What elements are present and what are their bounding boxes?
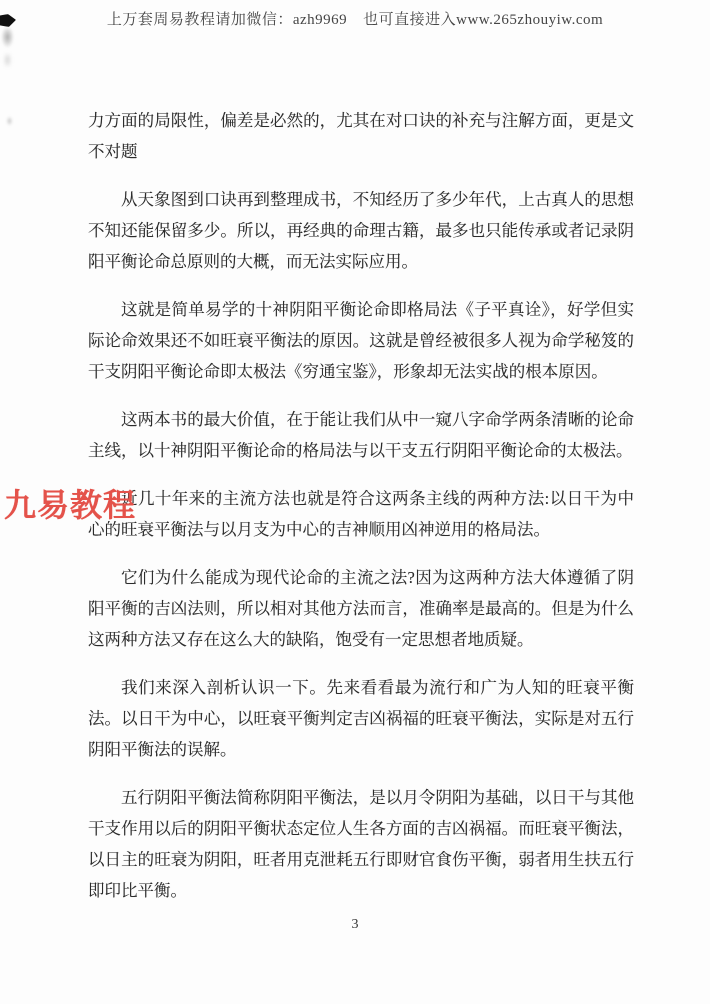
scan-smudge <box>1 26 14 48</box>
scan-speck <box>6 116 13 126</box>
body-paragraph: 这两本书的最大价值，在于能让我们从中一窥八字命学两条清晰的论命主线，以十神阴阳平… <box>88 404 634 466</box>
body-paragraph: 五行阴阳平衡法简称阴阳平衡法，是以月令阴阳为基础，以日干与其他干支作用以后的阴阳… <box>88 782 634 906</box>
header-promo-line: 上万套周易教程请加微信：azh9969也可直接进入www.265zhouyiw.… <box>0 8 710 29</box>
body-paragraph: 力方面的局限性，偏差是必然的，尤其在对口诀的补充与注解方面，更是文不对题 <box>88 105 634 167</box>
body-paragraph: 从天象图到口诀再到整理成书，不知经历了多少年代，上古真人的思想不知还能保留多少。… <box>88 184 634 277</box>
watermark-jiuyi-jiaocheng: 九易教程 <box>4 480 136 526</box>
body-paragraph: 我们来深入剖析认识一下。先来看看最为流行和广为人知的旺衰平衡法。以日干为中心，以… <box>88 672 634 765</box>
body-paragraph: 它们为什么能成为现代论命的主流之法?因为这两种方法大体遵循了阴阳平衡的吉凶法则，… <box>88 562 634 655</box>
page-number: 3 <box>0 917 710 933</box>
body-paragraph: 近几十年来的主流方法也就是符合这两条主线的两种方法:以日干为中心的旺衰平衡法与以… <box>88 483 634 545</box>
body-paragraph: 这就是简单易学的十神阴阳平衡论命即格局法《子平真诠》，好学但实际论命效果还不如旺… <box>88 294 634 387</box>
scan-smudge <box>3 52 12 68</box>
scanned-page: 上万套周易教程请加微信：azh9969也可直接进入www.265zhouyiw.… <box>0 0 710 1004</box>
document-body: 力方面的局限性，偏差是必然的，尤其在对口诀的补充与注解方面，更是文不对题 从天象… <box>88 105 634 923</box>
header-wechat-note: 上万套周易教程请加微信：azh9969 <box>107 12 347 28</box>
header-site-note: 也可直接进入www.265zhouyiw.com <box>363 12 603 28</box>
